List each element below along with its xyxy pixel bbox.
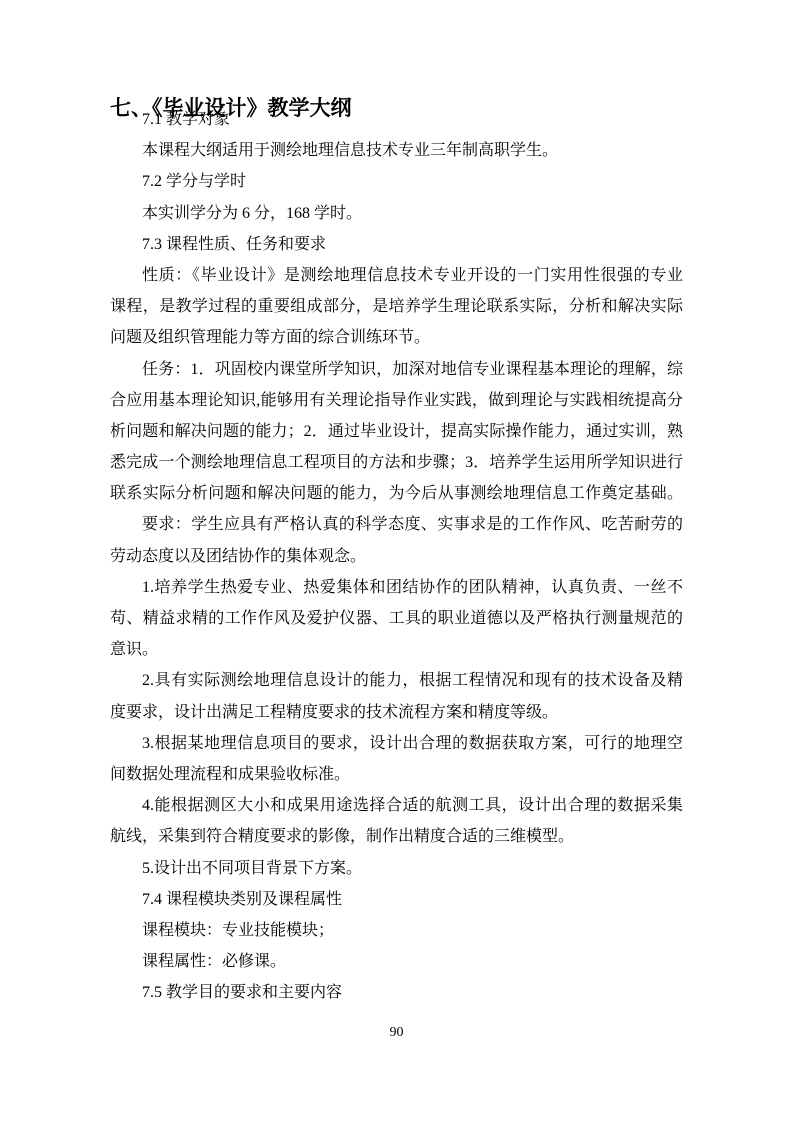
para-tasks-line-3: 析问题和解决问题的能力；2．通过毕业设计，提高实际操作能力，通过实训，熟 (110, 416, 683, 447)
para-tasks-line-5: 联系实际分析问题和解决问题的能力，为今后从事测绘地理信息工作奠定基础。 (110, 478, 683, 509)
para-tasks-line-4: 悉完成一个测绘地理信息工程项目的方法和步骤；3．培养学生运用所学知识进行 (110, 447, 683, 478)
list-item-1-line-1: 1.培养学生热爱专业、热爱集体和团结协作的团队精神，认真负责、一丝不 (110, 572, 683, 603)
heading-7-2: 7.2 学分与学时 (110, 166, 683, 197)
list-item-2-line-2: 度要求，设计出满足工程精度要求的技术流程方案和精度等级。 (110, 697, 683, 728)
heading-7-3: 7.3 课程性质、任务和要求 (110, 229, 683, 260)
para-tasks-line-2: 合应用基本理论知识,能够用有关理论指导作业实践，做到理论与实践相统提高分 (110, 385, 683, 416)
list-item-4-line-1: 4.能根据测区大小和成果用途选择合适的航测工具，设计出合理的数据采集 (110, 790, 683, 821)
heading-7-5: 7.5 教学目的要求和主要内容 (110, 977, 683, 1008)
heading-7-4: 7.4 课程模块类别及课程属性 (110, 884, 683, 915)
line-course-module: 课程模块：专业技能模块； (110, 915, 683, 946)
line-teaching-object: 本课程大纲适用于测绘地理信息技术专业三年制高职学生。 (110, 135, 683, 166)
page-number: 90 (0, 1024, 793, 1042)
list-item-1-line-3: 意识。 (110, 634, 683, 665)
list-item-3-line-1: 3.根据某地理信息项目的要求，设计出合理的数据获取方案，可行的地理空 (110, 728, 683, 759)
para-requirements-line-1: 要求：学生应具有严格认真的科学态度、实事求是的工作作风、吃苦耐劳的 (110, 509, 683, 540)
list-item-5: 5.设计出不同项目背景下方案。 (110, 853, 683, 884)
list-item-3-line-2: 间数据处理流程和成果验收标准。 (110, 759, 683, 790)
document-page: 七、《毕业设计》教学大纲 7.1 教学对象 本课程大纲适用于测绘地理信息技术专业… (0, 0, 793, 1122)
list-item-2-line-1: 2.具有实际测绘地理信息设计的能力，根据工程情况和现有的技术设备及精 (110, 665, 683, 696)
para-nature-line-1: 性质：《毕业设计》是测绘地理信息技术专业开设的一门实用性很强的专业 (110, 260, 683, 291)
para-requirements-line-2: 劳动态度以及团结协作的集体观念。 (110, 541, 683, 572)
heading-7-1: 7.1 教学对象 (110, 104, 683, 135)
para-nature-line-2: 课程，是教学过程的重要组成部分，是培养学生理论联系实际，分析和解决实际 (110, 291, 683, 322)
list-item-1-line-2: 苟、精益求精的工作作风及爱护仪器、工具的职业道德以及严格执行测量规范的 (110, 603, 683, 634)
list-item-4-line-2: 航线，采集到符合精度要求的影像，制作出精度合适的三维模型。 (110, 821, 683, 852)
line-course-attribute: 课程属性：必修课。 (110, 946, 683, 977)
para-tasks-line-1: 任务：1．巩固校内课堂所学知识，加深对地信专业课程基本理论的理解，综 (110, 354, 683, 385)
para-nature-line-3: 问题及组织管理能力等方面的综合训练环节。 (110, 322, 683, 353)
document-body: 7.1 教学对象 本课程大纲适用于测绘地理信息技术专业三年制高职学生。 7.2 … (110, 104, 683, 1008)
line-credits-hours: 本实训学分为 6 分，168 学时。 (110, 198, 683, 229)
